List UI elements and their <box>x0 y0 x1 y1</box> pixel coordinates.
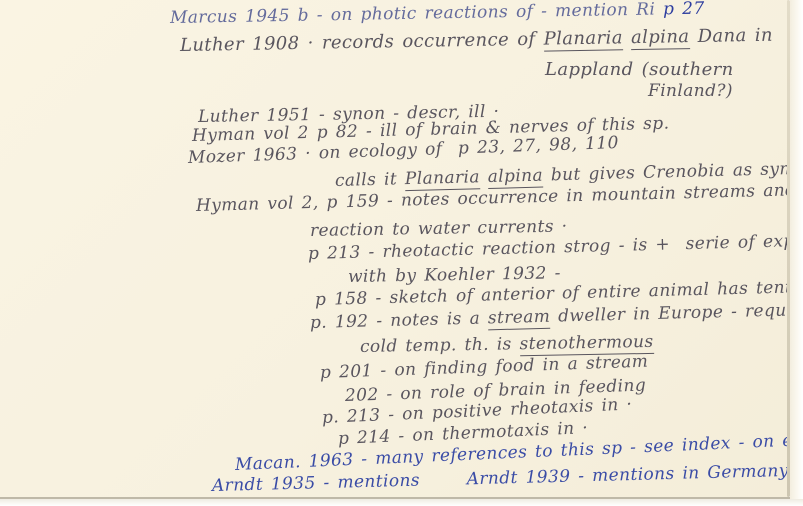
scan-right-margin <box>790 0 803 506</box>
scanned-index-card: Marcus 1945 b - on photic reactions of -… <box>0 0 803 506</box>
handwritten-text: calls it <box>335 169 405 191</box>
handwritten-text: cold temp. th. is <box>360 334 520 357</box>
handwritten-line: Lappland (southern <box>545 60 734 80</box>
handwritten-line: with by Koehler 1932 - <box>348 264 561 286</box>
handwritten-text: alpina <box>631 26 690 50</box>
handwritten-text: stream <box>488 307 551 331</box>
handwritten-text: Planaria <box>405 167 481 191</box>
handwritten-text: alpina <box>487 166 543 189</box>
handwritten-text: Dana in <box>689 25 773 47</box>
handwritten-text: p 27 <box>663 0 705 19</box>
handwritten-text: Finland?) <box>648 81 733 101</box>
handwritten-line: Finland?) <box>648 82 733 101</box>
handwritten-text: Planaria <box>543 27 623 51</box>
handwritten-text: Lappland (southern <box>545 59 734 80</box>
handwritten-text <box>480 167 488 187</box>
scan-bottom-margin <box>0 499 803 506</box>
